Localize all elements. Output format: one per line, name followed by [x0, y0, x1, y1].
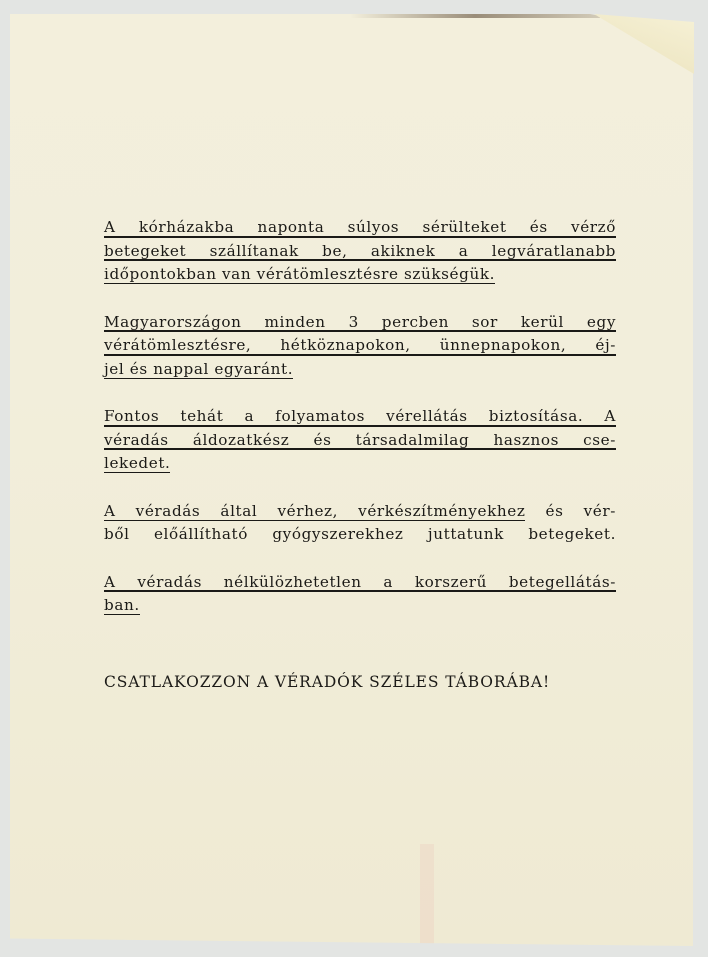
text-line: ban. — [104, 594, 616, 618]
text-line: vérátömlesztésre, hétköznapokon, ünnepna… — [104, 334, 616, 358]
paragraph-transfusion-frequency: Magyarországon minden 3 percben sor kerü… — [104, 311, 616, 382]
call-to-action-slogan: CSATLAKOZZON A VÉRADÓK SZÉLES TÁBORÁBA! — [104, 673, 624, 691]
document-body: A kórházakba naponta súlyos sérülteket é… — [104, 216, 616, 642]
text-line: ből előállítható gyógyszerekhez juttatun… — [104, 523, 616, 547]
text-line: betegeket szállítanak be, akiknek a legv… — [104, 240, 616, 264]
text-line: lekedet. — [104, 452, 616, 476]
text-line: A véradás nélkülözhetetlen a korszerű be… — [104, 571, 616, 595]
paragraph-blood-products: A véradás által vérhez, vérkészítményekh… — [104, 500, 616, 547]
text-line: A véradás által vérhez, vérkészítményekh… — [104, 500, 616, 524]
paragraph-hospitals: A kórházakba naponta súlyos sérülteket é… — [104, 216, 616, 287]
paragraph-indispensable: A véradás nélkülözhetetlen a korszerű be… — [104, 571, 616, 618]
paragraph-blood-supply: Fontos tehát a folyamatos vérellátás biz… — [104, 405, 616, 476]
text-line: jel és nappal egyaránt. — [104, 358, 616, 382]
text-line: időpontokban van vérátömlesztésre szüksé… — [104, 263, 616, 287]
text-line: A kórházakba naponta súlyos sérülteket é… — [104, 216, 616, 240]
text-line: véradás áldozatkész és társadalmilag has… — [104, 429, 616, 453]
text-line: Magyarországon minden 3 percben sor kerü… — [104, 311, 616, 335]
text-line: Fontos tehát a folyamatos vérellátás biz… — [104, 405, 616, 429]
